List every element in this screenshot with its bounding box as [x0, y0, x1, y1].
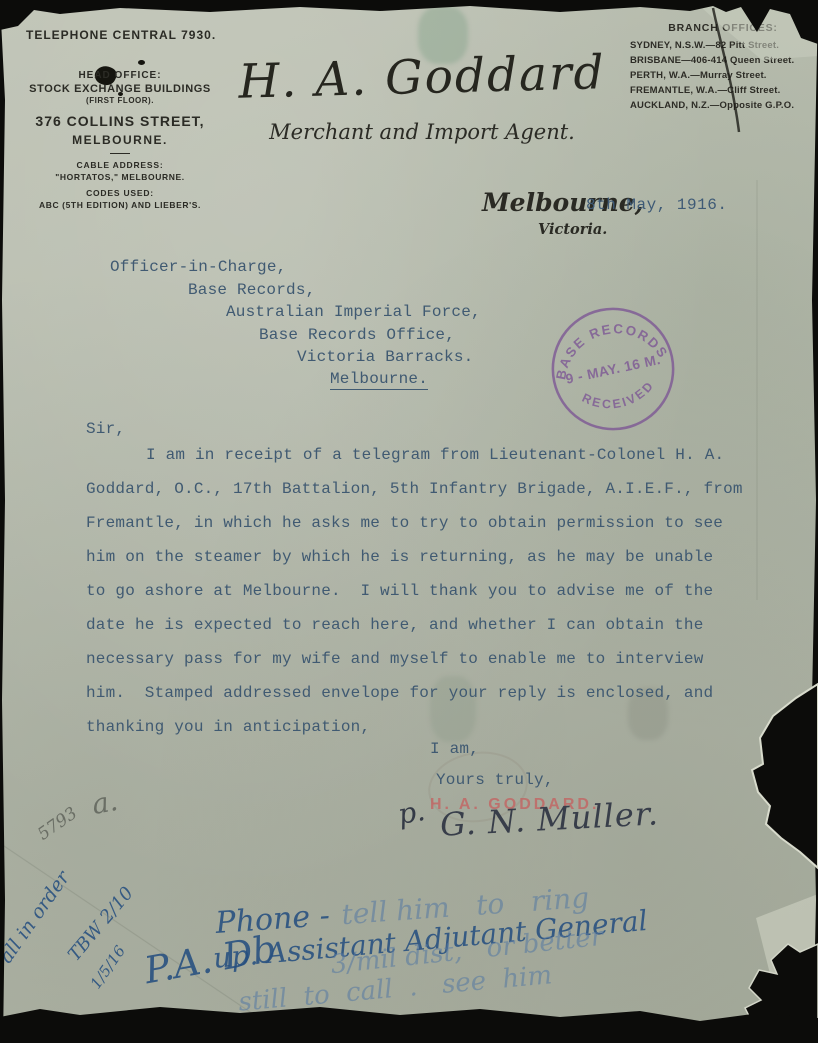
- file-number-letter: a.: [89, 784, 120, 821]
- head-office-title: HEAD OFFICE:: [20, 70, 220, 81]
- letter-scan: TELEPHONE CENTRAL 7930. HEAD OFFICE: STO…: [0, 0, 818, 1043]
- company-tagline: Merchant and Import Agent.: [252, 120, 592, 144]
- company-name-script: H. A. Goddard: [221, 45, 622, 110]
- divider-rule: [110, 153, 130, 154]
- stamp-bottom-text: RECEIVED: [577, 376, 660, 418]
- paper-speck: [138, 60, 145, 65]
- branch-offices-title: BRANCH OFFICES:: [630, 22, 816, 34]
- body-line: him on the steamer by which he is return…: [86, 548, 766, 582]
- received-stamp: BASE RECORDS RECEIVED 9 - MAY. 16 M.: [531, 287, 695, 451]
- cable-address-label: CABLE ADDRESS:: [20, 160, 220, 170]
- body-line: thanking you in anticipation,: [86, 718, 766, 752]
- codes-label: CODES USED:: [20, 188, 220, 198]
- dateline-date: 8th May, 1916.: [586, 196, 727, 214]
- cable-address-value: "HORTATOS," MELBOURNE.: [20, 172, 220, 182]
- closing-i-am: I am,: [430, 740, 479, 758]
- recipient-line: Australian Imperial Force,: [226, 303, 481, 321]
- body-line: I am in receipt of a telegram from Lieut…: [86, 446, 766, 480]
- received-stamp-graphic: BASE RECORDS RECEIVED 9 - MAY. 16 M.: [531, 287, 695, 451]
- body-line: necessary pass for my wife and myself to…: [86, 650, 766, 684]
- recipient-line: Base Records,: [188, 281, 315, 299]
- head-office-building: STOCK EXCHANGE BUILDINGS: [20, 83, 220, 95]
- paper-sheet: TELEPHONE CENTRAL 7930. HEAD OFFICE: STO…: [0, 0, 818, 1043]
- body-line: Goddard, O.C., 17th Battalion, 5th Infan…: [86, 480, 766, 514]
- svg-text:RECEIVED: RECEIVED: [577, 376, 660, 418]
- branch-office-item: AUCKLAND, N.Z.—Opposite G.P.O.: [630, 98, 816, 113]
- horizontal-fold-crease: [0, 0, 818, 7]
- dateline-state: Victoria.: [538, 221, 607, 238]
- branch-office-item: FREMANTLE, W.A.—Cliff Street.: [630, 83, 816, 98]
- branch-office-item: PERTH, W.A.—Murray Street.: [630, 68, 816, 83]
- branch-office-item: SYDNEY, N.S.W.—82 Pitt Street.: [630, 38, 816, 53]
- body-line: him. Stamped addressed envelope for your…: [86, 684, 766, 718]
- recipient-line: Officer-in-Charge,: [110, 258, 286, 276]
- head-office-street: 376 COLLINS STREET,: [20, 113, 220, 129]
- recipient-line: Victoria Barracks.: [297, 348, 473, 366]
- body-line: to go ashore at Melbourne. I will thank …: [86, 582, 766, 616]
- head-office-block: HEAD OFFICE: STOCK EXCHANGE BUILDINGS (F…: [20, 70, 220, 210]
- head-office-floor: (FIRST FLOOR).: [20, 96, 220, 105]
- diagonal-note-line1: all in order: [0, 867, 74, 967]
- telephone-line: TELEPHONE CENTRAL 7930.: [26, 28, 216, 42]
- per-pro-mark: p.: [395, 794, 427, 831]
- salutation: Sir,: [86, 420, 125, 438]
- head-office-city: MELBOURNE.: [20, 133, 220, 147]
- branch-office-item: BRISBANE—406-414 Queen Street.: [630, 53, 816, 68]
- codes-value: ABC (5TH EDITION) AND LIEBER'S.: [20, 200, 220, 210]
- recipient-line: Base Records Office,: [259, 326, 455, 344]
- letter-body: I am in receipt of a telegram from Lieut…: [86, 446, 766, 752]
- branch-offices-block: BRANCH OFFICES: SYDNEY, N.S.W.—82 Pitt S…: [630, 22, 816, 113]
- closing-yours-truly: Yours truly,: [436, 771, 554, 789]
- file-number-digits: 5793: [34, 803, 81, 844]
- body-line: Fremantle, in which he asks me to try to…: [86, 514, 766, 548]
- body-line: date he is expected to reach here, and w…: [86, 616, 766, 650]
- recipient-line-underlined: Melbourne.: [330, 370, 428, 390]
